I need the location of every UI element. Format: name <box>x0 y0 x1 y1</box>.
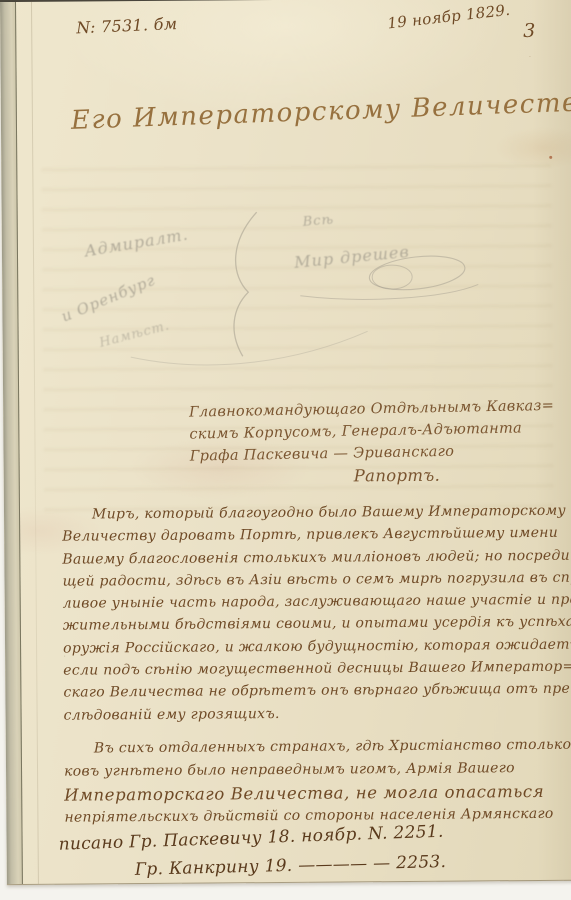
text-line: слѣдованій ему грозящихъ. <box>64 700 571 727</box>
manuscript-page: N: 7531. бм 19 ноябр 1829. 3 Его Императ… <box>0 0 571 885</box>
pencil-note: и Оренбург <box>59 271 158 326</box>
address-block: Главнокомандующаго Отдѣльнымъ Кавказ= ск… <box>189 395 555 468</box>
fold-line <box>31 2 39 884</box>
text-line: скаго Величества не обрѣтетъ онъ вѣрнаго… <box>63 678 571 705</box>
body-paragraph-2: Въ сихъ отдаленныхъ странахъ, гдѣ Христі… <box>64 733 571 829</box>
pencil-note: Мир дрешев <box>293 242 410 272</box>
body-paragraph-1: Миръ, который благоугодно было Вашему Им… <box>62 499 571 726</box>
dispatch-note-line-2: Гр. Канкрину 19. ———— — 2253. <box>135 852 447 880</box>
page-number: 3 <box>523 20 536 42</box>
paper-speck <box>549 156 552 159</box>
binding-edge <box>0 2 23 884</box>
pencil-note: Намѣст. <box>98 318 172 351</box>
pencil-note: Адмиралт. <box>83 225 190 261</box>
date-notation: 19 ноябр 1829. <box>387 1 512 33</box>
pencil-note: Всѣ <box>302 212 334 229</box>
document-title: Его Императорскому Величеству <box>70 90 521 136</box>
report-label: Рапортъ. <box>354 466 441 486</box>
filing-number: N: 7531. бм <box>76 14 178 37</box>
